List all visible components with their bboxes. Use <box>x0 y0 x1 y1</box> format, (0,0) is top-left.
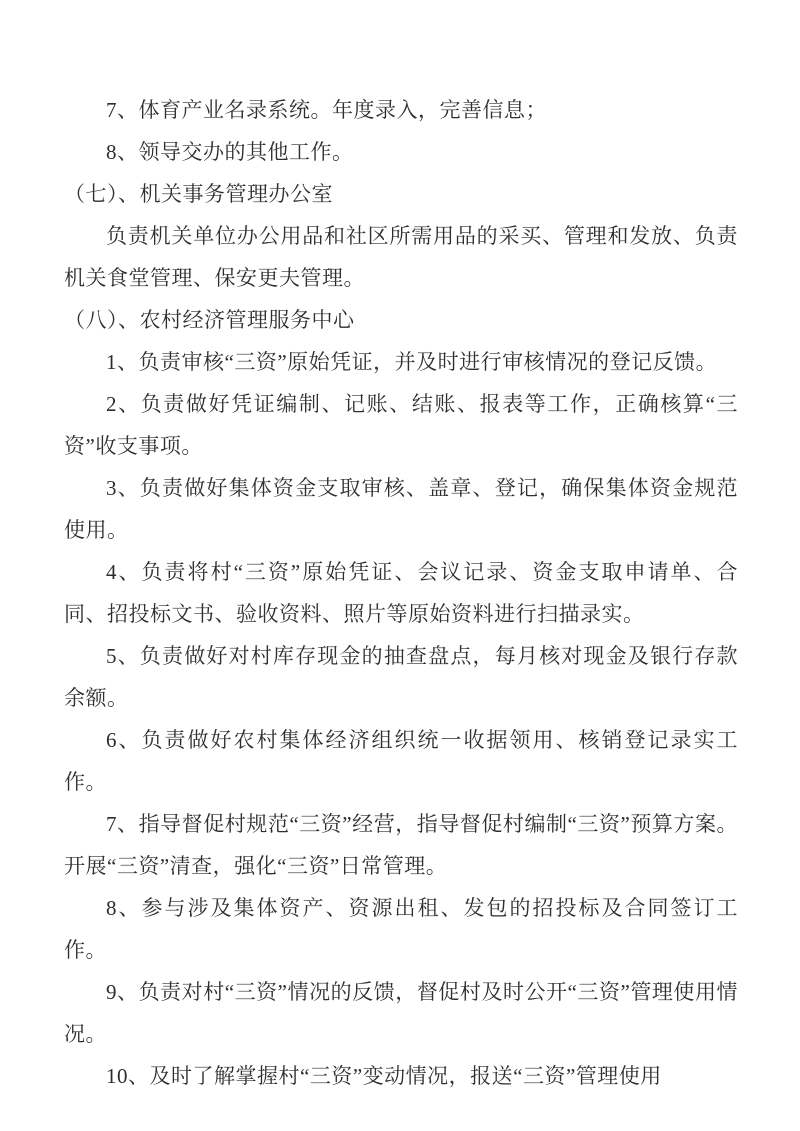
paragraph-duty-4: 4、负责将村“三资”原始凭证、会议记录、资金支取申请单、合同、招投标文书、验收资… <box>64 551 738 635</box>
paragraph-duty-7: 7、指导督促村规范“三资”经营，指导督促村编制“三资”预算方案。开展“三资”清查… <box>64 803 738 887</box>
paragraph-duty-6: 6、负责做好农村集体经济组织统一收据领用、核销登记录实工作。 <box>64 719 738 803</box>
paragraph-duty-2: 2、负责做好凭证编制、记账、结账、报表等工作，正确核算“三资”收支事项。 <box>64 383 738 467</box>
paragraph-duty-5: 5、负责做好对村库存现金的抽查盘点，每月核对现金及银行存款余额。 <box>64 635 738 719</box>
section-heading-7-office-affairs: （七）、机关事务管理办公室 <box>64 173 738 215</box>
paragraph-duty-1: 1、负责审核“三资”原始凭证，并及时进行审核情况的登记反馈。 <box>64 341 738 383</box>
paragraph-item-8-other-tasks: 8、领导交办的其他工作。 <box>64 131 738 173</box>
paragraph-item-7-sports-registry: 7、体育产业名录系统。年度录入，完善信息； <box>64 89 738 131</box>
paragraph-duty-8: 8、参与涉及集体资产、资源出租、发包的招投标及合同签订工作。 <box>64 887 738 971</box>
paragraph-office-affairs-duties: 负责机关单位办公用品和社区所需用品的采买、管理和发放、负责机关食堂管理、保安更夫… <box>64 215 738 299</box>
paragraph-duty-9: 9、负责对村“三资”情况的反馈，督促村及时公开“三资”管理使用情况。 <box>64 971 738 1055</box>
paragraph-duty-3: 3、负责做好集体资金支取审核、盖章、登记，确保集体资金规范使用。 <box>64 467 738 551</box>
document-body: 7、体育产业名录系统。年度录入，完善信息； 8、领导交办的其他工作。 （七）、机… <box>64 89 738 1097</box>
section-heading-8-rural-economy: （八）、农村经济管理服务中心 <box>64 299 738 341</box>
document-page: 7、体育产业名录系统。年度录入，完善信息； 8、领导交办的其他工作。 （七）、机… <box>0 0 800 1131</box>
paragraph-duty-10: 10、及时了解掌握村“三资”变动情况，报送“三资”管理使用 <box>64 1055 738 1097</box>
